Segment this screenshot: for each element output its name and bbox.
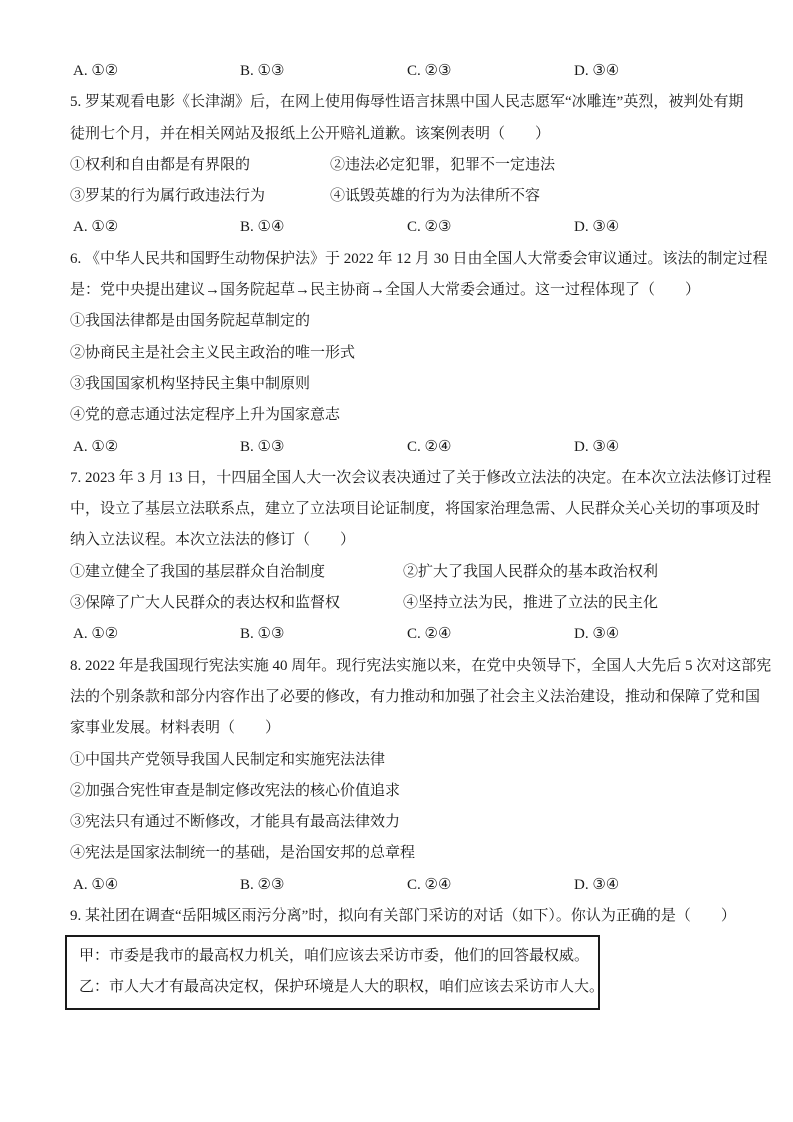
- q5-statements-3-4: ③罗某的行为属行政违法行为④诋毁英雄的行为为法律所不容: [70, 181, 730, 212]
- q5-statements-1-2: ①权利和自由都是有界限的②违法必定犯罪，犯罪不一定违法: [70, 150, 730, 181]
- dialog-line: 乙：市人大才有最高决定权，保护环境是人大的职权，咱们应该去采访市人大。: [79, 972, 586, 1003]
- answer-option: B. ①③: [240, 619, 407, 650]
- answer-option: C. ②④: [407, 870, 574, 901]
- statement-left: ①建立健全了我国的基层群众自治制度: [70, 564, 325, 580]
- answer-option: D. ③④: [574, 870, 619, 901]
- q8-statement-2: ②加强合宪性审查是制定修改宪法的核心价值追求: [70, 776, 730, 807]
- q6-stem-line-2: 是：党中央提出建议→国务院起草→民主协商→全国人大常委会通过。这一过程体现了（ …: [70, 275, 730, 306]
- q7-stem-line-2: 中，设立了基层立法联系点，建立了立法项目论证制度，将国家治理急需、人民群众关心关…: [70, 494, 730, 525]
- q7-stem-line-1: 7. 2023 年 3 月 13 日，十四届全国人大一次会议表决通过了关于修改立…: [70, 463, 730, 494]
- dialog-line: 甲：市委是我市的最高权力机关，咱们应该去采访市委，他们的回答最权威。: [79, 941, 586, 972]
- q6-statement-3: ③我国国家机构坚持民主集中制原则: [70, 369, 730, 400]
- q6-statement-2: ②协商民主是社会主义民主政治的唯一形式: [70, 338, 730, 369]
- q6-statement-1: ①我国法律都是由国务院起草制定的: [70, 306, 730, 337]
- exam-content: A. ①②B. ①③C. ②③D. ③④5. 罗某观看电影《长津湖》后，在网上使…: [70, 56, 730, 1010]
- answer-option: D. ③④: [574, 619, 619, 650]
- q8-stem-line-2: 法的个别条款和部分内容作出了必要的修改，有力推动和加强了社会主义法治建设，推动和…: [70, 682, 730, 713]
- q5-stem-line-2: 徒刑七个月，并在相关网站及报纸上公开赔礼道歉。该案例表明（ ）: [70, 119, 730, 150]
- q9-dialog-box: 甲：市委是我市的最高权力机关，咱们应该去采访市委，他们的回答最权威。乙：市人大才…: [65, 935, 600, 1010]
- statement-left: ③罗某的行为属行政违法行为: [70, 188, 265, 204]
- statement-right: ②扩大了我国人民群众的基本政治权利: [403, 557, 658, 588]
- q8-stem-line-1: 8. 2022 年是我国现行宪法实施 40 周年。现行宪法实施以来，在党中央领导…: [70, 651, 730, 682]
- q7-statements-1-2: ①建立健全了我国的基层群众自治制度②扩大了我国人民群众的基本政治权利: [70, 557, 730, 588]
- q6-stem-line-1: 6. 《中华人民共和国野生动物保护法》于 2022 年 12 月 30 日由全国…: [70, 244, 730, 275]
- answer-option: A. ①②: [73, 56, 240, 87]
- q8-answer-row: A. ①④B. ②③C. ②④D. ③④: [70, 870, 730, 901]
- q6-answer-row: A. ①②B. ①③C. ②④D. ③④: [70, 432, 730, 463]
- statement-right: ②违法必定犯罪，犯罪不一定违法: [330, 150, 555, 181]
- q8-stem-line-3: 家事业发展。材料表明（ ）: [70, 713, 730, 744]
- q6-statement-4: ④党的意志通过法定程序上升为国家意志: [70, 400, 730, 431]
- q7-answer-row: A. ①②B. ①③C. ②④D. ③④: [70, 619, 730, 650]
- q5-stem-line-1: 5. 罗某观看电影《长津湖》后，在网上使用侮辱性语言抹黑中国人民志愿军“冰雕连”…: [70, 87, 730, 118]
- answer-option: C. ②④: [407, 619, 574, 650]
- q7-stem-line-3: 纳入立法议程。本次立法法的修订（ ）: [70, 525, 730, 556]
- answer-option: B. ①③: [240, 56, 407, 87]
- answer-option: C. ②④: [407, 432, 574, 463]
- answer-option: B. ②③: [240, 870, 407, 901]
- q9-stem-line-1: 9. 某社团在调查“岳阳城区雨污分离”时，拟向有关部门采访的对话（如下）。你认为…: [70, 901, 730, 932]
- answer-option: D. ③④: [574, 212, 619, 243]
- q8-statement-4: ④宪法是国家法制统一的基础，是治国安邦的总章程: [70, 838, 730, 869]
- q8-statement-3: ③宪法只有通过不断修改，才能具有最高法律效力: [70, 807, 730, 838]
- statement-right: ④诋毁英雄的行为为法律所不容: [330, 181, 540, 212]
- answer-option: C. ②③: [407, 56, 574, 87]
- statement-left: ③保障了广大人民群众的表达权和监督权: [70, 595, 340, 611]
- q5-answer-row: A. ①②B. ①④C. ②③D. ③④: [70, 212, 730, 243]
- exam-paper-page: A. ①②B. ①③C. ②③D. ③④5. 罗某观看电影《长津湖》后，在网上使…: [0, 0, 793, 1122]
- statement-right: ④坚持立法为民，推进了立法的民主化: [403, 588, 658, 619]
- answer-option: D. ③④: [574, 432, 619, 463]
- answer-option: A. ①②: [73, 432, 240, 463]
- answer-option: B. ①③: [240, 432, 407, 463]
- answer-option: B. ①④: [240, 212, 407, 243]
- answer-option: D. ③④: [574, 56, 619, 87]
- q4-answer-row: A. ①②B. ①③C. ②③D. ③④: [70, 56, 730, 87]
- answer-option: A. ①②: [73, 619, 240, 650]
- answer-option: A. ①④: [73, 870, 240, 901]
- answer-option: C. ②③: [407, 212, 574, 243]
- statement-left: ①权利和自由都是有界限的: [70, 157, 250, 173]
- q8-statement-1: ①中国共产党领导我国人民制定和实施宪法法律: [70, 745, 730, 776]
- answer-option: A. ①②: [73, 212, 240, 243]
- q7-statements-3-4: ③保障了广大人民群众的表达权和监督权④坚持立法为民，推进了立法的民主化: [70, 588, 730, 619]
